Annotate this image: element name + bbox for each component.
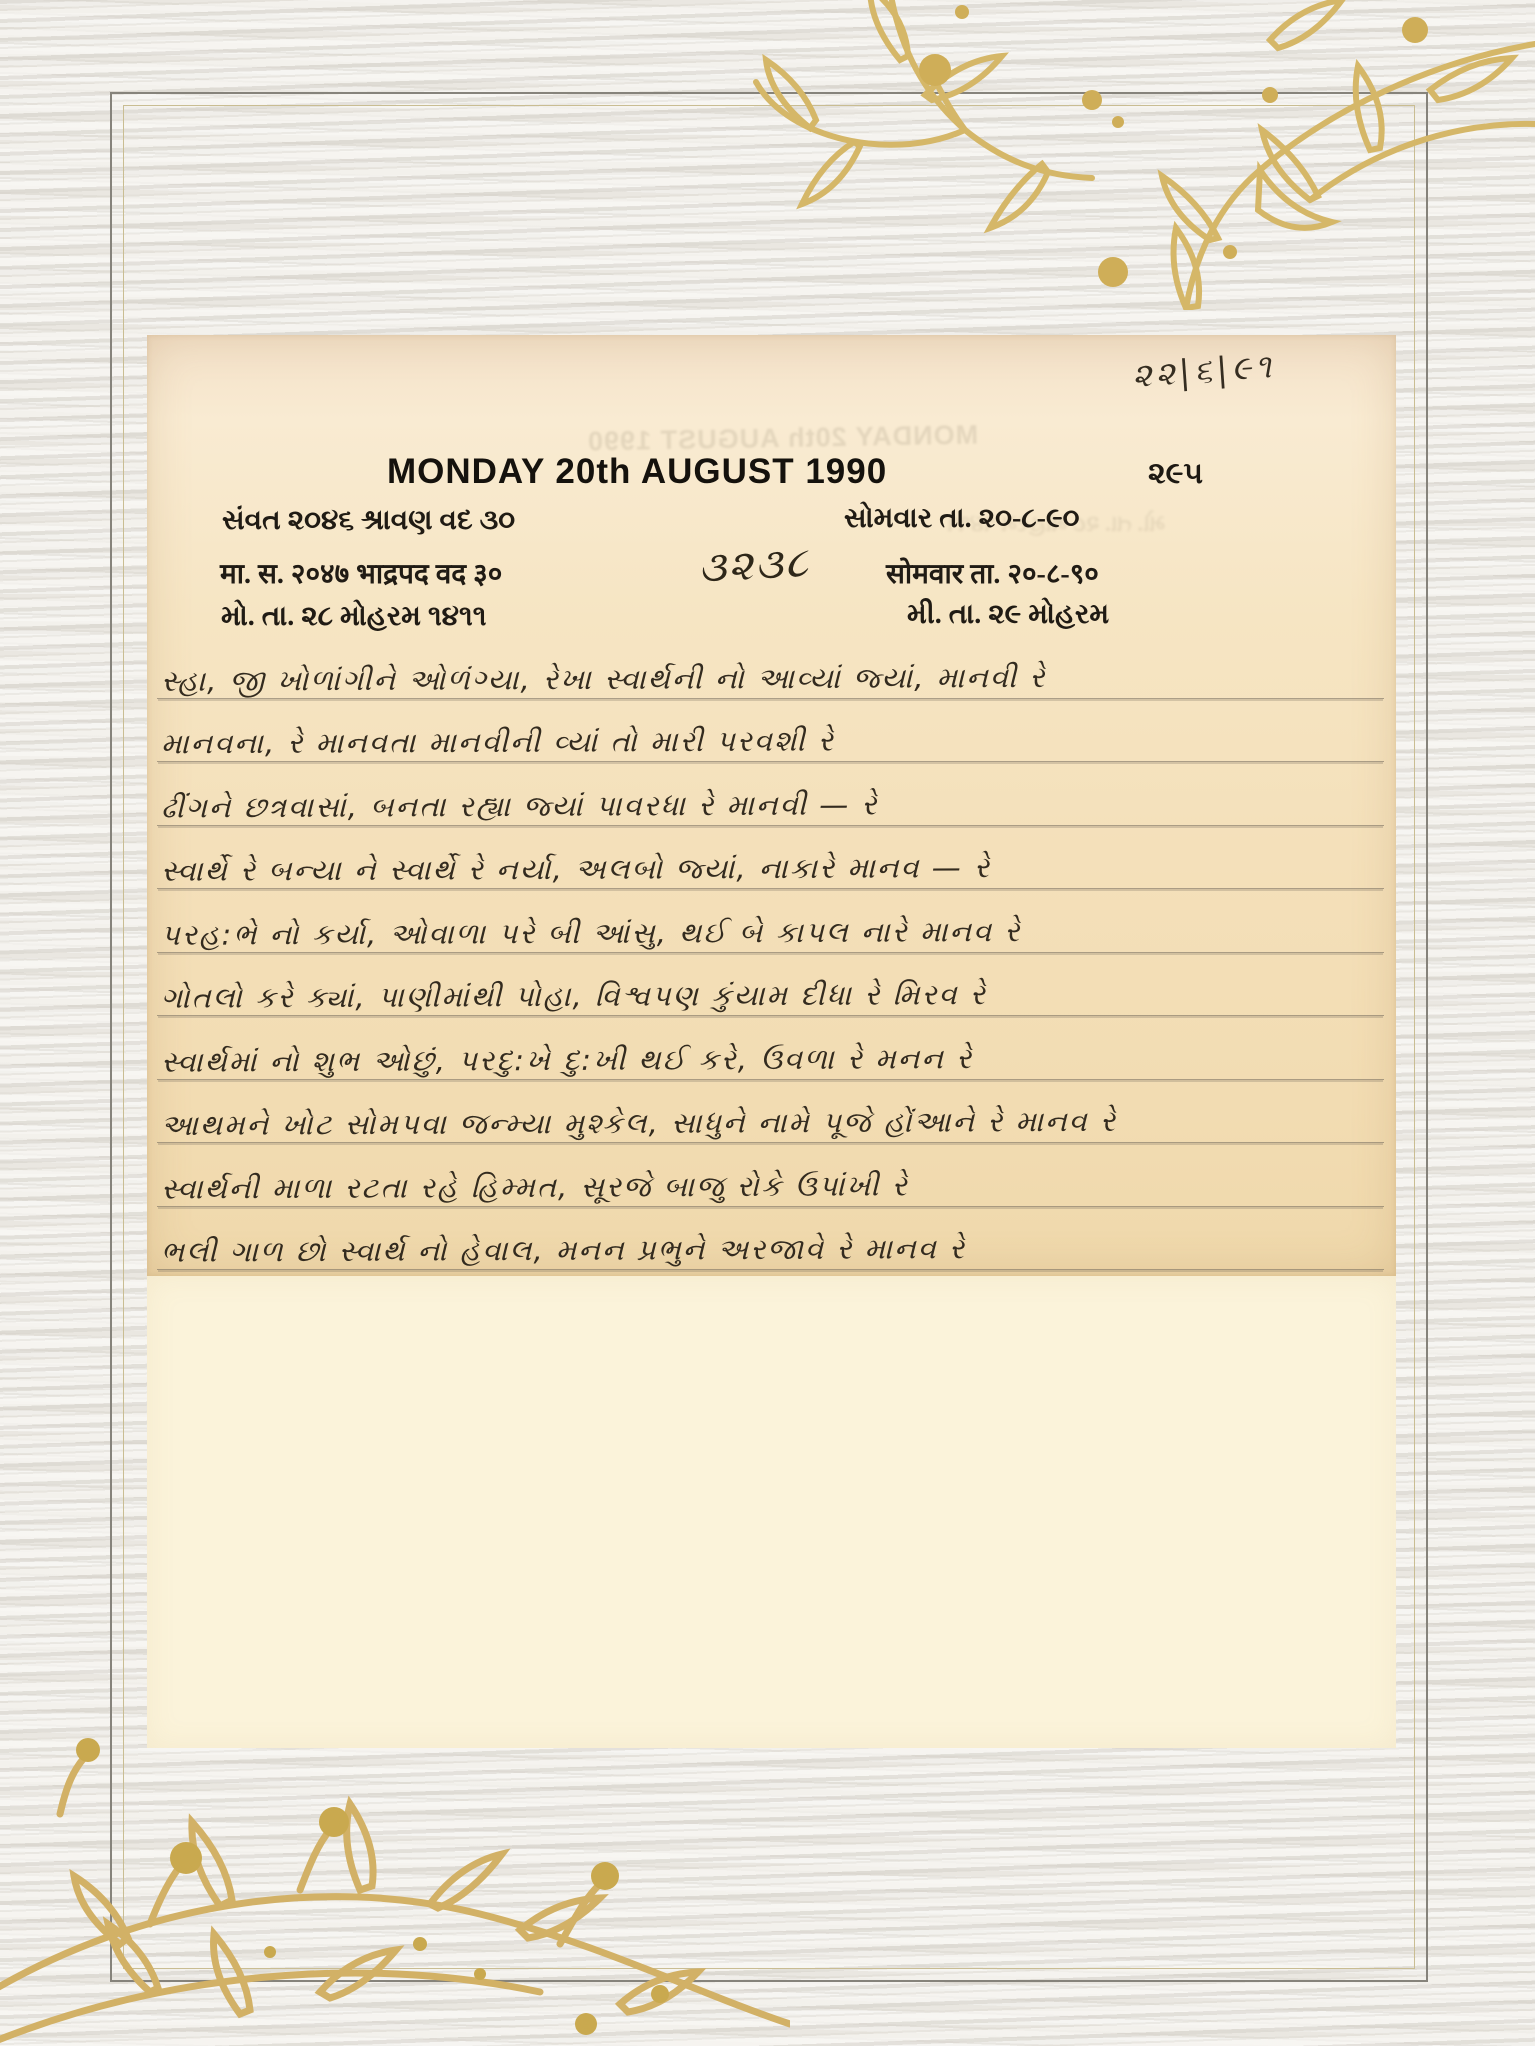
handwriting-line-text: સ્વાર્થે રે બન્યા ને સ્વાર્થે રે નર્યા, … — [157, 853, 993, 889]
calendar-line-somvar-hindi: सोमवार ता. २०-८-९० — [886, 554, 1099, 592]
handwriting-line: માનવના, રે માનવતા માનવીની વ્યાં તો મારી … — [157, 699, 1384, 763]
handwriting-line: સ્હા, જી ખોળાંગીને ઓળંગ્યા, રેખા સ્વાર્થ… — [157, 635, 1384, 699]
handwriting-line-text: માનવના, રે માનવતા માનવીની વ્યાં તો મારી … — [157, 727, 837, 762]
diary-scan-photo: MONDAY 20th AUGUST 1990 મો. તા. ૨૮ મોહરમ… — [147, 335, 1396, 1276]
calendar-line-somvar-gujarati: સોમવાર તા. ૨૦-૮-૯૦ — [844, 503, 1079, 535]
diary-page-number: ૨૯૫ — [1148, 457, 1203, 491]
handwriting-line: પરહ:ભે નો કર્યા, ઓવાળા પરે બી આંસુ, થઈ બ… — [157, 889, 1384, 953]
gold-branch-decoration-top-right — [570, 0, 1535, 310]
handwriting-line: ભલી ગાળ છો સ્વાર્થ નો હેવાલ, મનન પ્રભુને… — [157, 1207, 1384, 1271]
handwriting-line: ગોતલો કરે ક્યાં, પાણીમાંથી પોહા, વિશ્વપણ… — [157, 953, 1384, 1017]
calendar-line-samvat: સંવત ૨૦૪૬ શ્રાવણ વદ ૩૦ — [222, 505, 515, 537]
diary-scan-blank-area — [147, 1276, 1396, 1748]
handwriting-line-text: સ્વાર્થની માળા રટતા રહે હિમ્મત, સૂરજે બા… — [157, 1171, 911, 1207]
handwriting-line-text: ભલી ગાળ છો સ્વાર્થ નો હેવાલ, મનન પ્રભુને… — [157, 1234, 968, 1270]
diary-page-canvas: MONDAY 20th AUGUST 1990 મો. તા. ૨૮ મોહરમ… — [0, 0, 1535, 2046]
diary-header-title: MONDAY 20th AUGUST 1990 — [387, 452, 887, 492]
handwriting-line-text: આથમને ખોટ સોમપવા જન્મ્યા મુશ્કેલ, સાધુને… — [157, 1107, 1119, 1143]
handwriting-line-text: સ્હા, જી ખોળાંગીને ઓળંગ્યા, રેખા સ્વાર્થ… — [157, 663, 1048, 699]
diary-scan: MONDAY 20th AUGUST 1990 મો. તા. ૨૮ મોહરમ… — [147, 335, 1396, 1748]
gold-branch-decoration-bottom-left — [0, 1692, 790, 2046]
calendar-line-moharram-left: મો. તા. ૨૮ મોહરમ ૧૪૧૧ — [221, 601, 486, 633]
handwriting-line: ઢીંગને છત્રવાસાં, બનતા રહ્યા જ્યાં પાવરધ… — [157, 762, 1384, 826]
handwriting-line-text: ઢીંગને છત્રવાસાં, બનતા રહ્યા જ્યાં પાવરધ… — [157, 790, 880, 826]
calendar-line-shaka: मा. स. २०४७ भाद्रपद वद ३० — [220, 554, 502, 592]
handwriting-line: સ્વાર્થની માળા રટતા રહે હિમ્મત, સૂરજે બા… — [157, 1143, 1384, 1207]
handwriting-area: સ્હા, જી ખોળાંગીને ઓળંગ્યા, રેખા સ્વાર્થ… — [157, 635, 1384, 1270]
handwriting-line: સ્વાર્થે રે બન્યા ને સ્વાર્થે રે નર્યા, … — [157, 826, 1384, 890]
handwritten-number: ૩૨૩૮ — [697, 537, 811, 593]
calendar-line-moharram-right: મી. તા. ૨૯ મોહરમ — [907, 599, 1109, 631]
handwriting-line-text: ગોતલો કરે ક્યાં, પાણીમાંથી પોહા, વિશ્વપણ… — [157, 980, 989, 1016]
handwritten-date-note: ૨૨|૬|૯૧ — [1131, 346, 1277, 396]
handwriting-line: સ્વાર્થમાં નો શુભ ઓછું, પરદુ:ખે દુ:ખી થઈ… — [157, 1016, 1384, 1080]
handwriting-line: આથમને ખોટ સોમપવા જન્મ્યા મુશ્કેલ, સાધુને… — [157, 1080, 1384, 1144]
handwriting-line-text: પરહ:ભે નો કર્યા, ઓવાળા પરે બી આંસુ, થઈ બ… — [157, 917, 1023, 953]
handwriting-line-text: સ્વાર્થમાં નો શુભ ઓછું, પરદુ:ખે દુ:ખી થઈ… — [157, 1044, 975, 1080]
